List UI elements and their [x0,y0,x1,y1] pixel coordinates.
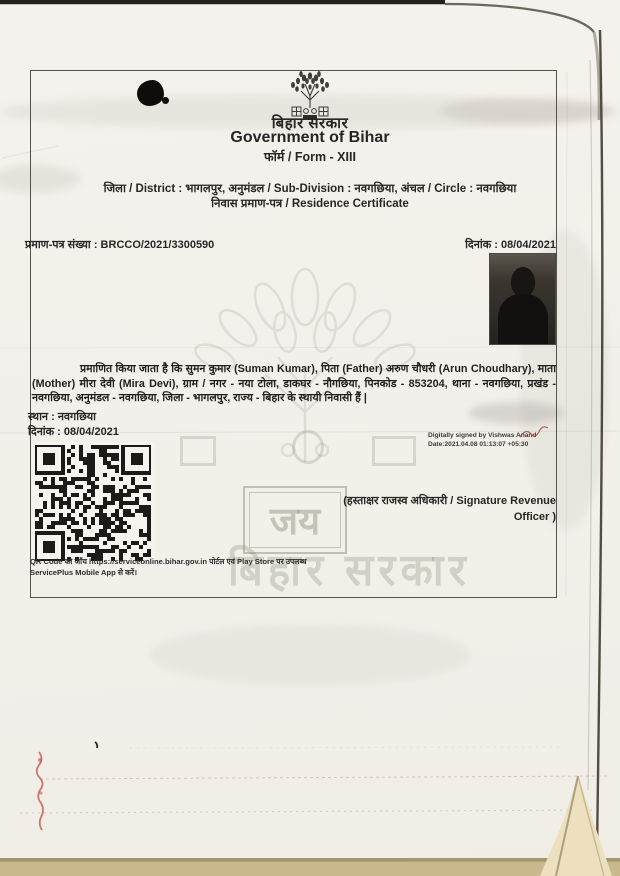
scanned-residence-certificate: जय बिहार सरकार बिहार सरकार Government of… [0,0,620,876]
faint-line [130,747,560,748]
signature-officer-line2: Officer ) [306,509,556,525]
faint-line [20,810,600,813]
form-number-line: फॉर्म / Form - XIII [0,148,620,165]
body-segment: पिता [318,363,343,375]
scan-bottom-strip [0,861,620,876]
body-segment: (Arun Choudhary), [439,363,535,375]
ink-blot [137,80,164,106]
issue-date: दिनांक : 08/04/2021 [465,237,556,252]
qr-note-line1: QR Code की जाँच https://serviceonline.bi… [30,557,370,568]
digital-signature-line2: Date:2021.04.08 01:13:07 +05:30 [428,440,536,449]
red-margin-mark [37,752,43,830]
district-subdivision-circle-line: जिला / District : भागलपुर, अनुमंडल / Sub… [0,181,620,196]
photo-silhouette-shoulders [498,294,548,345]
date-line: दिनांक : 08/04/2021 [28,424,119,439]
body-segment: ग्राम / नगर - नया टोला, डाकघर - नौगछिया,… [179,378,409,390]
qr-code-modules [35,445,151,566]
stray-mark [95,742,97,748]
body-segment: 853204, [409,378,448,390]
gov-title-english: Government of Bihar [0,129,620,147]
applicant-photo [489,253,556,345]
paper-fold-top-right [445,4,594,32]
signature-officer-line1: (हस्ताक्षर राजस्व अधिकारी / Signature Re… [306,493,556,509]
body-segment: (Father) [342,363,382,375]
body-segment: मीरा देवी [75,378,119,390]
qr-note-line2: ServicePlus Mobile App से करें। [30,568,370,579]
digital-signature-block: Digitally signed by Vishwas Anand Date:2… [428,431,536,449]
body-segment: अरुण चौधरी [383,363,439,375]
qr-verification-note: QR Code की जाँच https://serviceonline.bi… [30,557,370,578]
certificate-number: प्रमाण-पत्र संख्या : BRCCO/2021/3300590 [25,237,214,252]
body-segment: प्रमाणित किया जाता है कि सुमन कुमार [80,363,234,375]
faint-line [40,776,608,779]
body-segment: (Mira Devi), [119,378,178,390]
photo-silhouette-head [511,267,535,297]
digital-signature-line1: Digitally signed by Vishwas Anand [428,431,536,440]
body-segment: माता [534,363,556,375]
certificate-title: निवास प्रमाण-पत्र / Residence Certificat… [0,196,620,211]
body-segment: (Mother) [32,378,75,390]
qr-code [31,442,155,562]
certificate-body: प्रमाणित किया जाता है कि सुमन कुमार (Sum… [32,362,556,406]
scan-smudge [150,625,470,685]
paper-fold-bottom-right [540,776,612,876]
signature-officer-caption: (हस्ताक्षर राजस्व अधिकारी / Signature Re… [306,493,556,525]
place-line: स्थान : नवगछिया [28,409,96,424]
body-segment: (Suman Kumar), [234,363,318,375]
